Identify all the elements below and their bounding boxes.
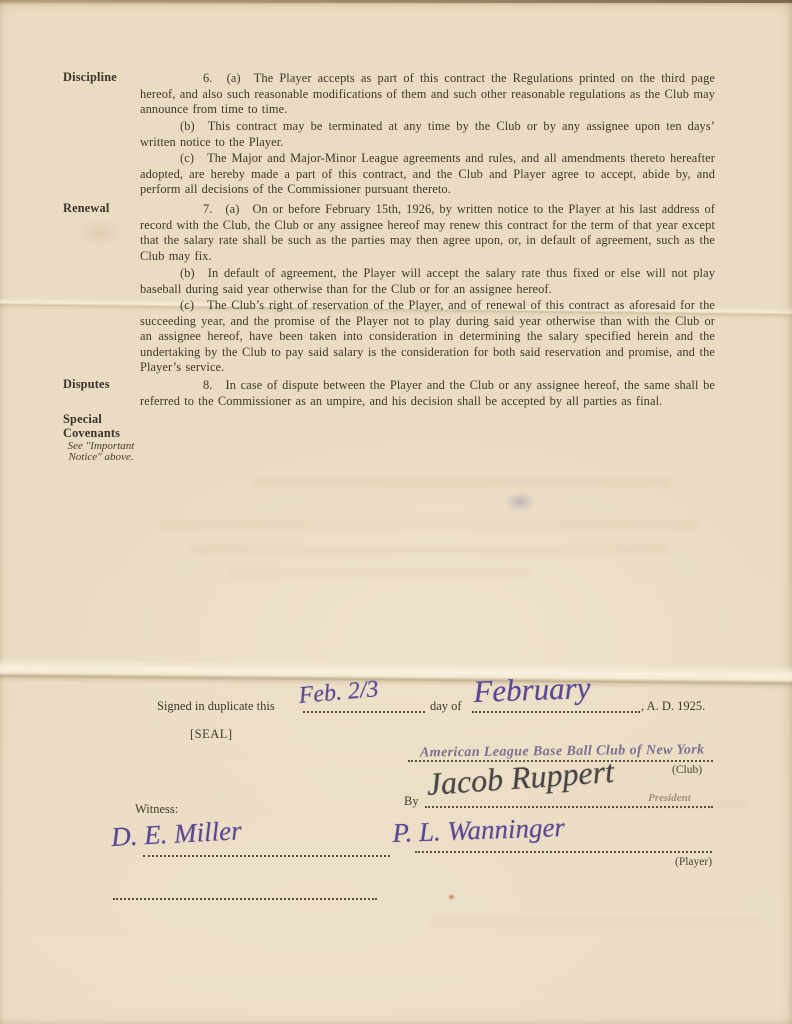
bleedthrough-ghost: [190, 545, 670, 554]
paragraph-number: 8.: [203, 378, 213, 392]
bleedthrough-ghost: [230, 568, 530, 577]
paragraph-number: (c): [180, 298, 194, 312]
paragraph-text: The Major and Major-Minor League agreeme…: [140, 151, 715, 196]
paragraph-7a: 7. (a)On or before February 15th, 1926, …: [140, 202, 715, 264]
paragraph-6c: (c)The Major and Major-Minor League agre…: [140, 151, 715, 198]
bleedthrough-ghost: [430, 918, 760, 927]
ink-smudge: [505, 492, 535, 512]
paragraph-text: In default of agreement, the Player will…: [140, 266, 715, 296]
paragraph-text: This contract may be terminated at any t…: [140, 119, 715, 149]
bleedthrough-ghost: [160, 520, 700, 529]
witness-label: Witness:: [135, 802, 178, 817]
president-label: President: [648, 792, 691, 804]
paragraph-text: The Club’s right of reservation of the P…: [140, 298, 715, 374]
contract-document-page: Discipline Renewal Disputes Special Cove…: [0, 0, 792, 1024]
margin-label-disputes: Disputes: [63, 378, 143, 392]
player-signature: P. L. Wanninger: [392, 812, 566, 849]
by-label: By: [404, 794, 419, 809]
signed-in-duplicate-text: Signed in duplicate this: [157, 699, 275, 714]
paragraph-8: 8.In case of dispute between the Player …: [140, 378, 715, 409]
ad-year-text: , A. D. 1925.: [641, 699, 705, 714]
day-of-text: day of: [430, 699, 462, 714]
paragraph-text: In case of dispute between the Player an…: [140, 378, 715, 408]
paragraph-number: (b): [180, 119, 195, 133]
bleedthrough-ghost: [250, 478, 670, 487]
paragraph-6a: 6. (a)The Player accepts as part of this…: [140, 71, 715, 118]
margin-label-renewal: Renewal: [63, 202, 143, 216]
paragraph-7b: (b)In default of agreement, the Player w…: [140, 266, 715, 297]
special-covenants-note: See "Important Notice" above.: [58, 441, 144, 464]
paragraph-number: 6. (a): [203, 71, 241, 85]
fold-crease-lower: [0, 658, 792, 690]
extra-dotted-line: [113, 890, 377, 900]
paragraph-number: (b): [180, 266, 195, 280]
handwritten-month: February: [473, 670, 591, 710]
margin-label-discipline: Discipline: [63, 71, 143, 85]
paragraph-7c: (c)The Club’s right of reservation of th…: [140, 298, 715, 376]
rust-speck: [448, 894, 455, 900]
margin-label-special-covenants: Special Covenants: [63, 413, 135, 440]
scan-top-edge: [0, 0, 792, 3]
paper-stain: [78, 218, 122, 248]
club-label: (Club): [672, 764, 702, 776]
paragraph-6b: (b)This contract may be terminated at an…: [140, 119, 715, 150]
paragraph-number: (c): [180, 151, 194, 165]
seal-label: [SEAL]: [190, 727, 233, 742]
player-label: (Player): [675, 856, 712, 868]
paragraph-number: 7. (a): [203, 202, 239, 216]
